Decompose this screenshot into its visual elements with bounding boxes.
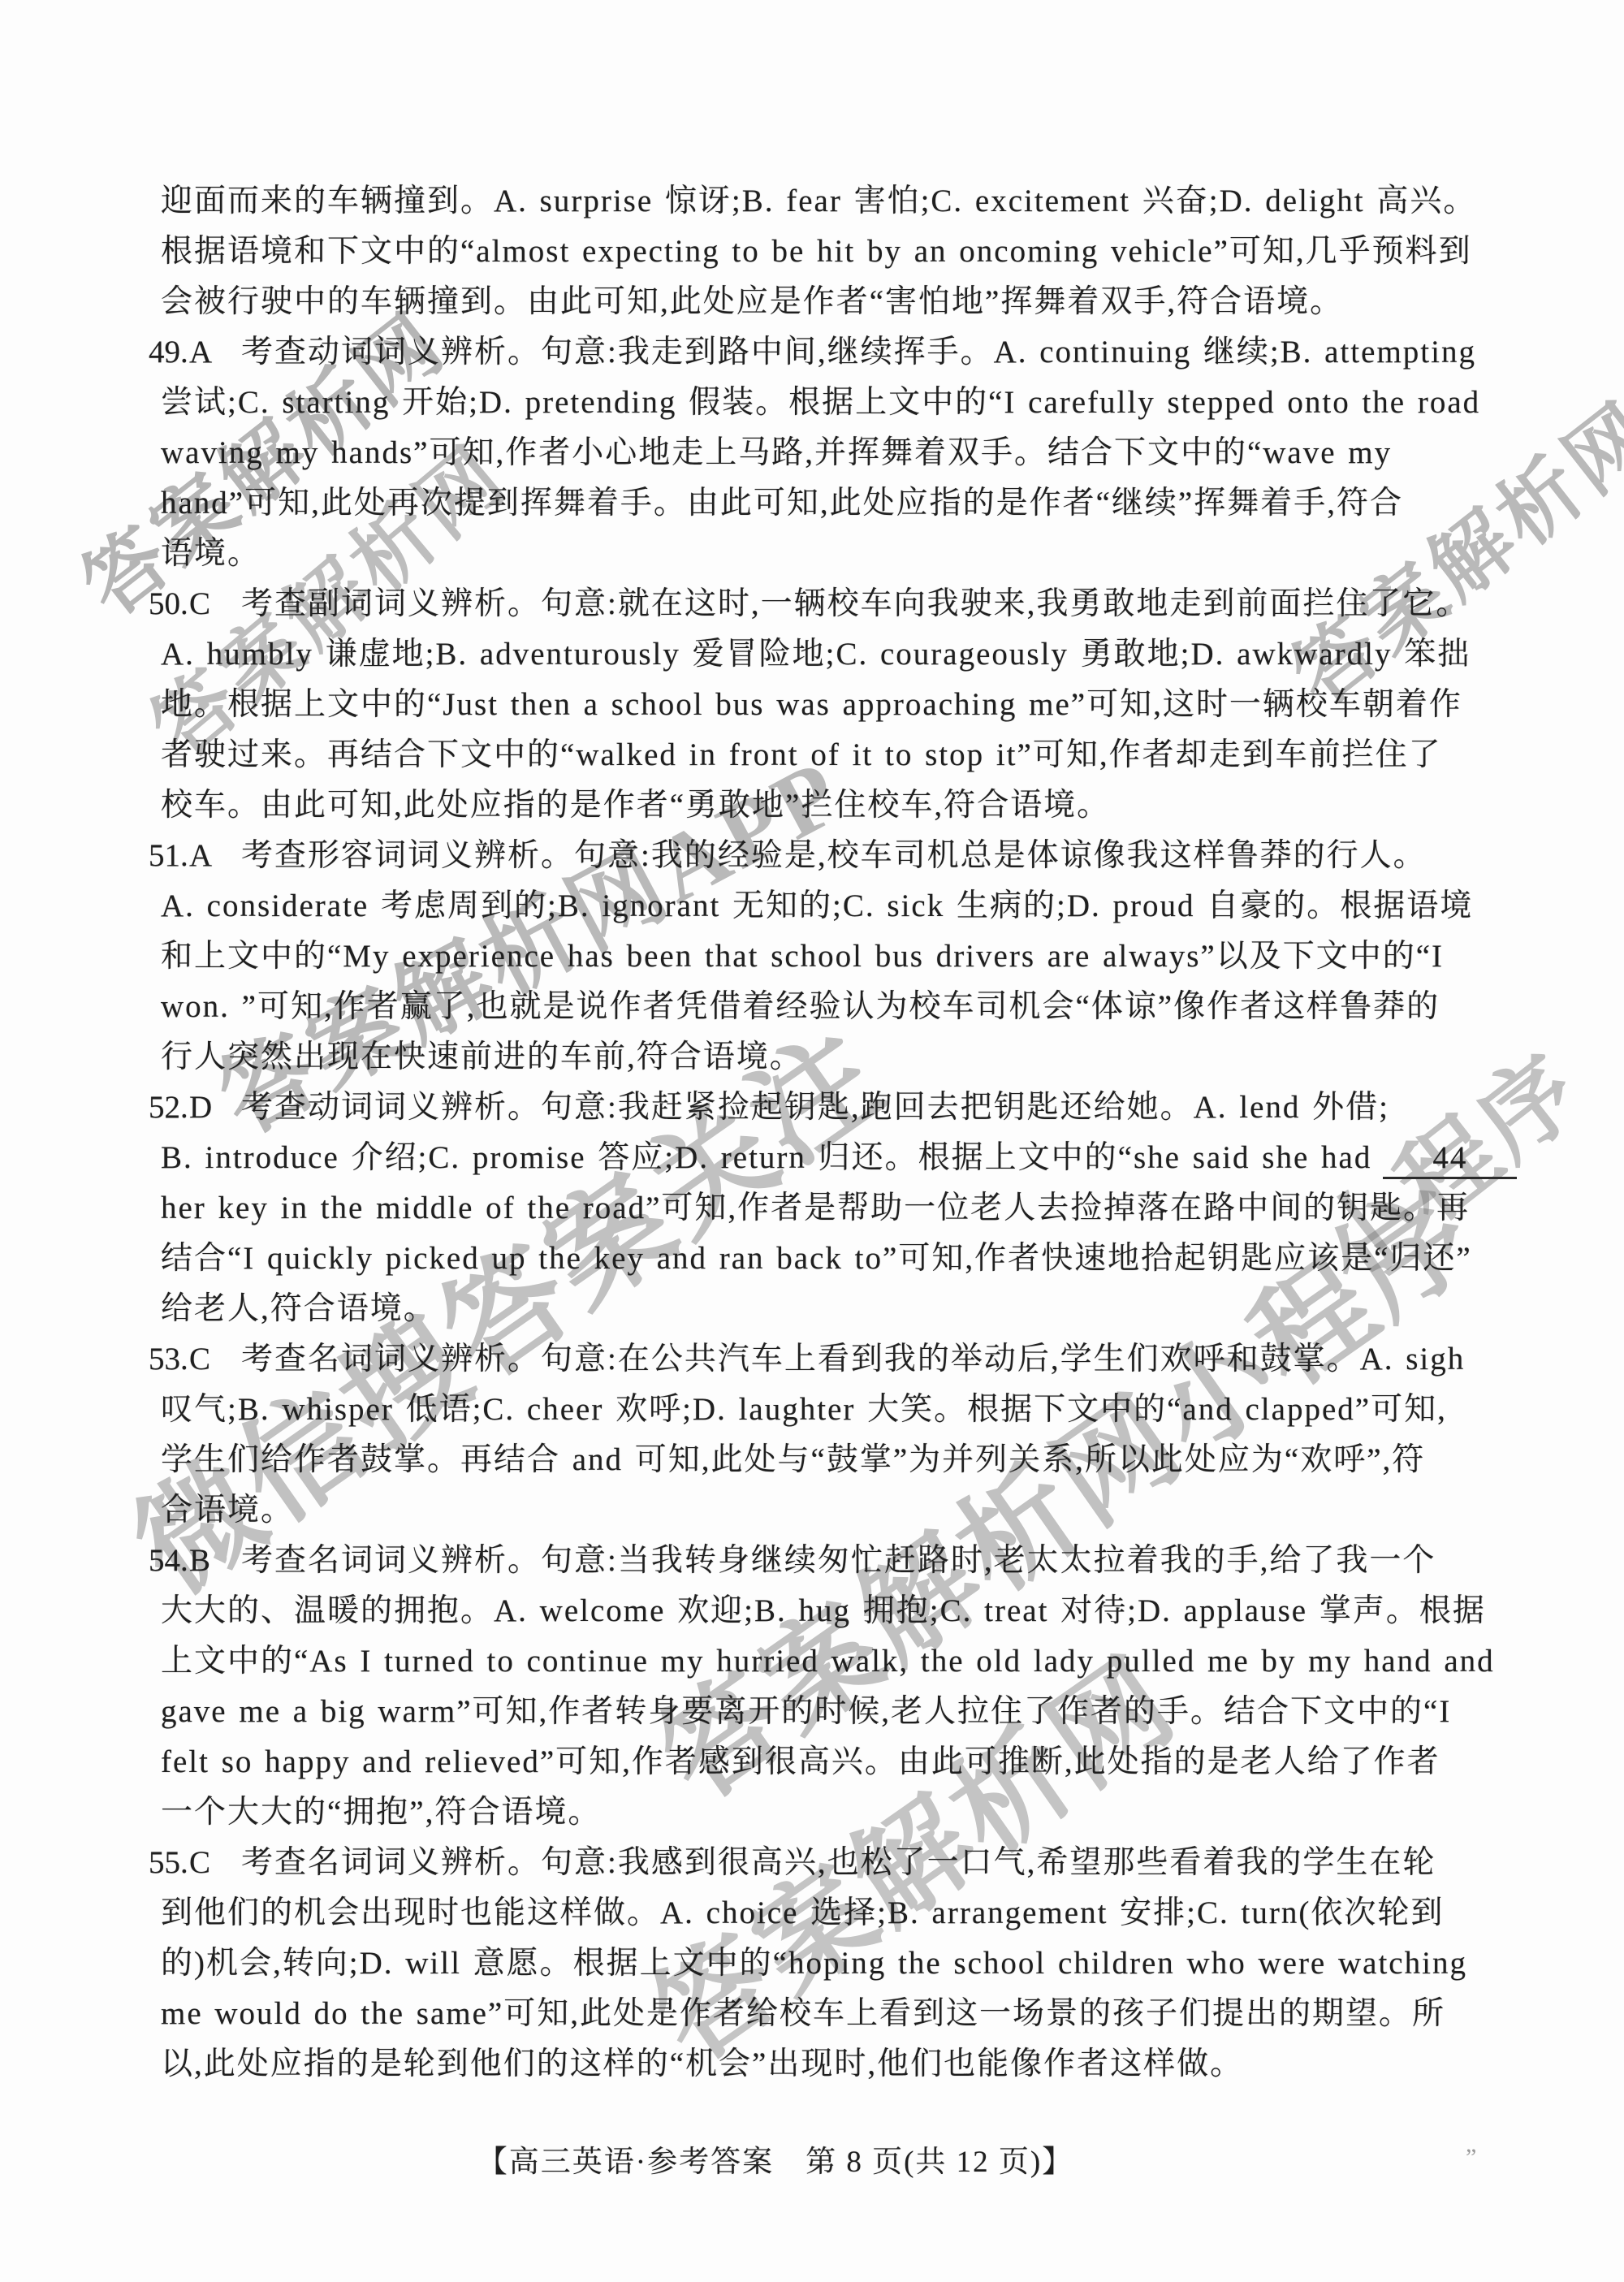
answer-line: 行人突然出现在快速前进的车前,符合语境。 xyxy=(161,1032,1517,1083)
answer-line: 55.C考查名词词义辨析。句意:我感到很高兴,也松了一口气,希望那些看着我的学生… xyxy=(149,1838,1517,1888)
line-text: 地。根据上文中的“Just then a school bus was appr… xyxy=(161,687,1462,722)
answer-line: B. introduce 介绍;C. promise 答应;D. return … xyxy=(161,1133,1517,1183)
line-text: 考查副词词义辨析。句意:就在这时,一辆校车向我驶来,我勇敢地走到前面拦住了它。 xyxy=(241,586,1469,621)
answer-line: her key in the middle of the road”可知,作者是… xyxy=(161,1183,1517,1234)
item-number: 51. xyxy=(149,831,189,881)
answer-line: 会被行驶中的车辆撞到。由此可知,此处应是作者“害怕地”挥舞着双手,符合语境。 xyxy=(161,277,1517,327)
line-text: 语境。 xyxy=(161,536,261,571)
item-number: 52. xyxy=(149,1083,189,1133)
line-text: 大大的、温暖的拥抱。A. welcome 欢迎;B. hug 拥抱;C. tre… xyxy=(161,1593,1486,1628)
line-text: waving my hands”可知,作者小心地走上马路,并挥舞着双手。结合下文… xyxy=(161,435,1392,470)
answer-line: 结合“I quickly picked up the key and ran b… xyxy=(161,1234,1517,1284)
answer-line: 54.B考查名词词义辨析。句意:当我转身继续匆忙赶路时,老太太拉着我的手,给了我… xyxy=(149,1536,1517,1586)
line-text: A. considerate 考虑周到的;B. ignorant 无知的;C. … xyxy=(161,888,1473,923)
line-text: 到他们的机会出现时也能这样做。A. choice 选择;B. arrangeme… xyxy=(161,1895,1444,1930)
line-text: 考查动词词义辨析。句意:我走到路中间,继续挥手。A. continuing 继续… xyxy=(241,335,1476,370)
line-text: 学生们给作者鼓掌。再结合 and 可知,此处与“鼓掌”为并列关系,所以此处应为“… xyxy=(161,1442,1425,1477)
line-text: 考查名词词义辨析。句意:我感到很高兴,也松了一口气,希望那些看着我的学生在轮 xyxy=(241,1845,1436,1880)
line-text: 行人突然出现在快速前进的车前,符合语境。 xyxy=(161,1039,803,1074)
line-text: gave me a big warm”可知,作者转身要离开的时候,老人拉住了作者… xyxy=(161,1694,1451,1729)
answer-line: 迎面而来的车辆撞到。A. surprise 惊讶;B. fear 害怕;C. e… xyxy=(161,176,1517,227)
line-text: 尝试;C. starting 开始;D. pretending 假装。根据上文中… xyxy=(161,385,1480,420)
answer-line: 大大的、温暖的拥抱。A. welcome 欢迎;B. hug 拥抱;C. tre… xyxy=(161,1586,1517,1636)
answer-line: 52.D考查动词词义辨析。句意:我赶紧捡起钥匙,跑回去把钥匙还给她。A. len… xyxy=(149,1083,1517,1133)
answer-line: 的)机会,转向;D. will 意愿。根据上文中的“hoping the sch… xyxy=(161,1938,1517,1989)
line-text: B. introduce 介绍;C. promise 答应;D. return … xyxy=(161,1140,1371,1175)
line-text: 考查名词词义辨析。句意:当我转身继续匆忙赶路时,老太太拉着我的手,给了我一个 xyxy=(241,1543,1436,1578)
line-text: 结合“I quickly picked up the key and ran b… xyxy=(161,1241,1472,1276)
answer-line: gave me a big warm”可知,作者转身要离开的时候,老人拉住了作者… xyxy=(161,1687,1517,1737)
line-text: 合语境。 xyxy=(161,1493,294,1528)
answer-line: 尝试;C. starting 开始;D. pretending 假装。根据上文中… xyxy=(161,378,1517,428)
blank-answer-44: 44 xyxy=(1383,1139,1517,1179)
line-text: 根据语境和下文中的“almost expecting to be hit by … xyxy=(161,234,1472,269)
line-text: 叹气;B. whisper 低语;C. cheer 欢呼;D. laughter… xyxy=(161,1392,1447,1427)
line-text: hand”可知,此处再次提到挥舞着手。由此可知,此处应指的是作者“继续”挥舞着手… xyxy=(161,486,1403,521)
line-text: won. ”可知,作者赢了,也就是说作者凭借着经验认为校车司机会“体谅”像作者这… xyxy=(161,989,1440,1024)
stray-mark: ” xyxy=(1466,2144,1476,2172)
item-number: 50. xyxy=(149,579,189,629)
answer-line: 到他们的机会出现时也能这样做。A. choice 选择;B. arrangeme… xyxy=(161,1888,1517,1938)
answer-line: 和上文中的“My experience has been that school… xyxy=(161,931,1517,982)
line-text: 上文中的“As I turned to continue my hurried … xyxy=(161,1644,1495,1679)
answer-line: won. ”可知,作者赢了,也就是说作者凭借着经验认为校车司机会“体谅”像作者这… xyxy=(161,982,1517,1032)
page-footer: 【高三英语·参考答案 第 8 页(共 12 页)】 xyxy=(477,2137,1073,2180)
answer-line: 语境。 xyxy=(161,529,1517,579)
answer-letter: C xyxy=(189,1838,241,1888)
answer-line: 53.C考查名词词义辨析。句意:在公共汽车上看到我的举动后,学生们欢呼和鼓掌。A… xyxy=(149,1334,1517,1385)
item-number: 53. xyxy=(149,1334,189,1385)
answer-line: 叹气;B. whisper 低语;C. cheer 欢呼;D. laughter… xyxy=(161,1385,1517,1435)
answer-letter: C xyxy=(189,579,241,629)
answer-key-content: 迎面而来的车辆撞到。A. surprise 惊讶;B. fear 害怕;C. e… xyxy=(0,176,1517,2090)
line-text: 迎面而来的车辆撞到。A. surprise 惊讶;B. fear 害怕;C. e… xyxy=(161,184,1476,218)
answer-letter: A xyxy=(189,831,241,881)
answer-line: 50.C考查副词词义辨析。句意:就在这时,一辆校车向我驶来,我勇敢地走到前面拦住… xyxy=(149,579,1517,629)
line-text: 会被行驶中的车辆撞到。由此可知,此处应是作者“害怕地”挥舞着双手,符合语境。 xyxy=(161,284,1343,319)
line-text: 给老人,符合语境。 xyxy=(161,1291,437,1326)
answer-line: 一个大大的“拥抱”,符合语境。 xyxy=(161,1787,1517,1838)
answer-line: hand”可知,此处再次提到挥舞着手。由此可知,此处应指的是作者“继续”挥舞着手… xyxy=(161,478,1517,529)
line-text: 的)机会,转向;D. will 意愿。根据上文中的“hoping the sch… xyxy=(161,1946,1467,1981)
line-text: 者驶过来。再结合下文中的“walked in front of it to st… xyxy=(161,737,1442,772)
answer-line: 者驶过来。再结合下文中的“walked in front of it to st… xyxy=(161,730,1517,780)
line-text: 一个大大的“拥抱”,符合语境。 xyxy=(161,1795,601,1830)
answer-line: 给老人,符合语境。 xyxy=(161,1284,1517,1334)
answer-line: 地。根据上文中的“Just then a school bus was appr… xyxy=(161,680,1517,730)
item-number: 54. xyxy=(149,1536,189,1586)
answer-letter: A xyxy=(189,327,241,378)
answer-line: 学生们给作者鼓掌。再结合 and 可知,此处与“鼓掌”为并列关系,所以此处应为“… xyxy=(161,1435,1517,1485)
line-text: A. humbly 谦虚地;B. adventurously 爱冒险地;C. c… xyxy=(161,637,1471,672)
document-page: 答案解析网答案解析网答案解析网APP答案解析网微信搜答案关注答案解析网小程序答案… xyxy=(0,0,1624,2282)
answer-line: 校车。由此可知,此处应指的是作者“勇敢地”拦住校车,符合语境。 xyxy=(161,780,1517,831)
answer-line: 合语境。 xyxy=(161,1485,1517,1536)
line-text: her key in the middle of the road”可知,作者是… xyxy=(161,1191,1470,1225)
line-text: 以,此处应指的是轮到他们的这样的“机会”出现时,他们也能像作者这样做。 xyxy=(161,2046,1243,2081)
answer-line: me would do the same”可知,此处是作者给校车上看到这一场景的… xyxy=(161,1989,1517,2039)
item-number: 55. xyxy=(149,1838,189,1888)
answer-letter: B xyxy=(189,1536,241,1586)
line-text: 考查形容词词义辨析。句意:我的经验是,校车司机总是体谅像我这样鲁莽的行人。 xyxy=(241,838,1427,873)
line-text: 校车。由此可知,此处应指的是作者“勇敢地”拦住校车,符合语境。 xyxy=(161,788,1110,823)
line-text: 和上文中的“My experience has been that school… xyxy=(161,939,1444,974)
answer-line: 51.A考查形容词词义辨析。句意:我的经验是,校车司机总是体谅像我这样鲁莽的行人… xyxy=(149,831,1517,881)
answer-line: felt so happy and relieved”可知,作者感到很高兴。由此… xyxy=(161,1737,1517,1787)
answer-line: 49.A考查动词词义辨析。句意:我走到路中间,继续挥手。A. continuin… xyxy=(149,327,1517,378)
answer-line: waving my hands”可知,作者小心地走上马路,并挥舞着双手。结合下文… xyxy=(161,428,1517,478)
line-text: 考查名词词义辨析。句意:在公共汽车上看到我的举动后,学生们欢呼和鼓掌。A. si… xyxy=(241,1342,1465,1377)
answer-letter: D xyxy=(189,1083,241,1133)
footer-text: 【高三英语·参考答案 第 8 页(共 12 页)】 xyxy=(477,2146,1073,2179)
answer-line: A. considerate 考虑周到的;B. ignorant 无知的;C. … xyxy=(161,881,1517,931)
answer-letter: C xyxy=(189,1334,241,1385)
answer-line: A. humbly 谦虚地;B. adventurously 爱冒险地;C. c… xyxy=(161,629,1517,680)
item-number: 49. xyxy=(149,327,189,378)
line-text: 考查动词词义辨析。句意:我赶紧捡起钥匙,跑回去把钥匙还给她。A. lend 外借… xyxy=(241,1090,1389,1125)
answer-line: 根据语境和下文中的“almost expecting to be hit by … xyxy=(161,227,1517,277)
answer-line: 以,此处应指的是轮到他们的这样的“机会”出现时,他们也能像作者这样做。 xyxy=(161,2039,1517,2090)
line-text: me would do the same”可知,此处是作者给校车上看到这一场景的… xyxy=(161,1996,1445,2031)
line-text: felt so happy and relieved”可知,作者感到很高兴。由此… xyxy=(161,1744,1440,1779)
answer-line: 上文中的“As I turned to continue my hurried … xyxy=(161,1636,1517,1687)
